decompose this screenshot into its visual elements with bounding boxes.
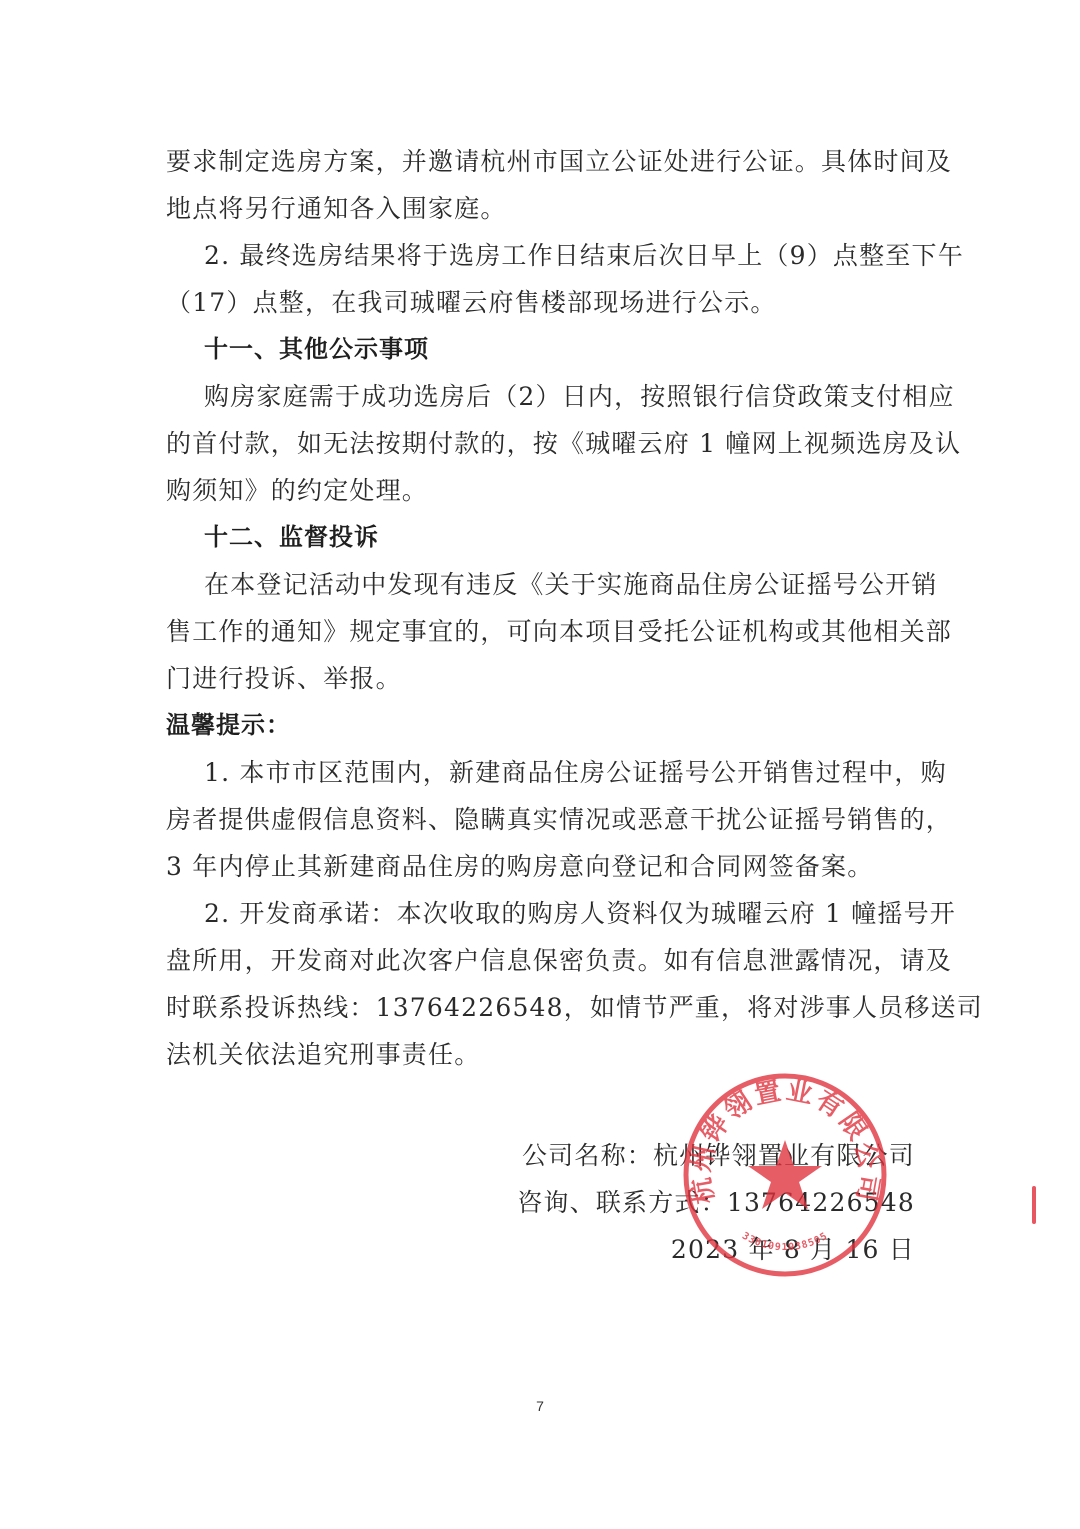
text-line: 售工作的通知》规定事宜的，可向本项目受托公证机构或其他相关部 — [166, 608, 916, 655]
text-line: 盘所用，开发商对此次客户信息保密负责。如有信息泄露情况，请及 — [166, 937, 916, 984]
seal-edge-mark — [1032, 1186, 1036, 1224]
text-line: （17）点整，在我司珹曜云府售楼部现场进行公示。 — [166, 279, 916, 326]
signature-block: 公司名称：杭州铧翎置业有限公司 咨询、联系方式：13764226548 2023… — [517, 1132, 915, 1273]
document-body: 要求制定选房方案，并邀请杭州市国立公证处进行公证。具体时间及 地点将另行通知各入… — [166, 138, 916, 1078]
section-heading-supervision: 十二、监督投诉 — [166, 514, 916, 561]
paragraph-tip-1: 1. 本市市区范围内，新建商品住房公证摇号公开销售过程中，购 房者提供虚假信息资… — [166, 749, 916, 890]
text-line: 时联系投诉热线：13764226548，如情节严重，将对涉事人员移送司 — [166, 984, 916, 1031]
paragraph-complaint: 在本登记活动中发现有违反《关于实施商品住房公证摇号公开销 售工作的通知》规定事宜… — [166, 561, 916, 702]
text-line: 房者提供虚假信息资料、隐瞒真实情况或恶意干扰公证摇号销售的， — [166, 796, 916, 843]
text-line: 门进行投诉、举报。 — [166, 655, 916, 702]
text-line: 要求制定选房方案，并邀请杭州市国立公证处进行公证。具体时间及 — [166, 138, 916, 185]
text-line: 的首付款，如无法按期付款的，按《珹曜云府 1 幢网上视频选房及认 — [166, 420, 916, 467]
document-page: 要求制定选房方案，并邀请杭州市国立公证处进行公证。具体时间及 地点将另行通知各入… — [0, 0, 1080, 1529]
company-name: 公司名称：杭州铧翎置业有限公司 — [517, 1132, 915, 1179]
text-line: 3 年内停止其新建商品住房的购房意向登记和合同网签备案。 — [166, 843, 916, 890]
section-heading-warm-tips: 温馨提示： — [166, 702, 916, 749]
text-line: 法机关依法追究刑事责任。 — [166, 1031, 916, 1078]
text-line: 购须知》的约定处理。 — [166, 467, 916, 514]
paragraph-selection-plan: 要求制定选房方案，并邀请杭州市国立公证处进行公证。具体时间及 地点将另行通知各入… — [166, 138, 916, 232]
text-line: 购房家庭需于成功选房后（2）日内，按照银行信贷政策支付相应 — [166, 373, 916, 420]
document-date: 2023 年 8 月 16 日 — [517, 1226, 915, 1273]
paragraph-result-announcement: 2. 最终选房结果将于选房工作日结束后次日早上（9）点整至下午 （17）点整，在… — [166, 232, 916, 326]
text-line: 在本登记活动中发现有违反《关于实施商品住房公证摇号公开销 — [166, 561, 916, 608]
paragraph-tip-2: 2. 开发商承诺：本次收取的购房人资料仅为珹曜云府 1 幢摇号开 盘所用，开发商… — [166, 890, 916, 1078]
text-line: 地点将另行通知各入围家庭。 — [166, 185, 916, 232]
page-number: 7 — [0, 1398, 1080, 1414]
section-heading-other-matters: 十一、其他公示事项 — [166, 326, 916, 373]
text-line: 1. 本市市区范围内，新建商品住房公证摇号公开销售过程中，购 — [166, 749, 916, 796]
paragraph-down-payment: 购房家庭需于成功选房后（2）日内，按照银行信贷政策支付相应 的首付款，如无法按期… — [166, 373, 916, 514]
contact-info: 咨询、联系方式：13764226548 — [517, 1179, 915, 1226]
text-line: 2. 最终选房结果将于选房工作日结束后次日早上（9）点整至下午 — [166, 232, 916, 279]
text-line: 2. 开发商承诺：本次收取的购房人资料仅为珹曜云府 1 幢摇号开 — [166, 890, 916, 937]
